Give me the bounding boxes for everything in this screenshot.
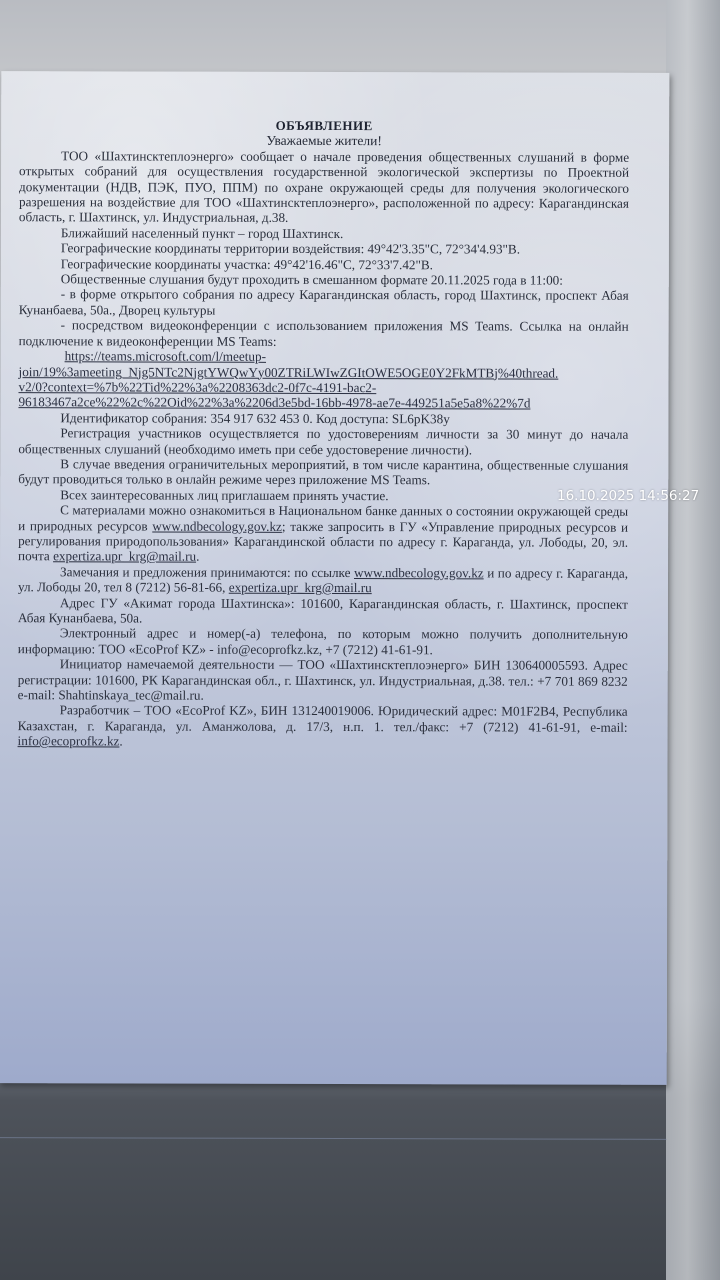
paragraph-online: - посредством видеоконференции с использ… xyxy=(19,317,629,349)
developer-period: . xyxy=(119,734,122,749)
paragraph-contacts: Электронный адрес и номер(-а) телефона, … xyxy=(18,626,628,658)
notice-subtitle: Уважаемые жители! xyxy=(19,133,629,150)
paragraph-invite: Всех заинтересованных лиц приглашаем при… xyxy=(18,487,628,504)
teams-url-line-3[interactable]: v2/0?context=%7b%22Tid%22%3a%2208363dc2-… xyxy=(18,379,628,396)
remarks-text: Замечания и предложения принимаются: по … xyxy=(60,564,354,580)
paragraph-coords-territory: Географические координаты территории воз… xyxy=(19,240,629,257)
notice-title: ОБЪЯВЛЕНИЕ xyxy=(19,117,629,134)
notice-paper: ОБЪЯВЛЕНИЕ Уважаемые жители! ТОО «Шахтин… xyxy=(0,71,669,1085)
background-wall xyxy=(666,0,720,1280)
photo-timestamp: 16.10.2025 14:56:27 xyxy=(557,488,699,504)
teams-link[interactable]: https://teams.microsoft.com/l/meetup- jo… xyxy=(18,348,628,411)
paragraph-nearest-settlement: Ближайший населенный пункт – город Шахти… xyxy=(19,225,629,242)
paragraph-developer: Разработчик – ТОО «EcoProf KZ», БИН 1312… xyxy=(18,703,628,751)
paper-fold-line xyxy=(0,1137,667,1140)
paragraph-intro: ТОО «Шахтинсктеплоэнерго» сообщает о нач… xyxy=(19,148,629,227)
teams-url-line-1[interactable]: https://teams.microsoft.com/l/meetup- xyxy=(19,348,629,365)
paragraph-materials: С материалами можно ознакомиться в Нацио… xyxy=(18,502,628,565)
paragraph-coords-site: Географические координаты участка: 49°42… xyxy=(19,256,629,273)
materials-period: . xyxy=(196,549,199,564)
developer-email-link[interactable]: info@ecoprofkz.kz xyxy=(18,733,120,748)
paragraph-offline: - в форме открытого собрания по адресу К… xyxy=(19,287,629,319)
remarks-email-link[interactable]: expertiza.upr_krg@mail.ru xyxy=(229,580,372,595)
developer-text: Разработчик – ТОО «EcoProf KZ», БИН 1312… xyxy=(18,703,628,735)
teams-url-line-2[interactable]: join/19%3ameeting_Njg5NTc2NjgtYWQwYy00ZT… xyxy=(19,364,629,381)
paragraph-remarks: Замечания и предложения принимаются: по … xyxy=(18,564,628,596)
paragraph-meeting-id: Идентификатор собрания: 354 917 632 453 … xyxy=(18,410,628,427)
paragraph-akimat-address: Адрес ГУ «Акимат города Шахтинска»: 1016… xyxy=(18,595,628,627)
teams-url-line-4[interactable]: 96183467a2ce%22%2c%22Oid%22%3a%2206d3e5b… xyxy=(18,394,628,411)
paragraph-quarantine: В случае введения ограничительных меропр… xyxy=(18,456,628,488)
paragraph-initiator: Инициатор намечаемой деятельности — ТОО … xyxy=(18,656,628,704)
paragraph-registration: Регистрация участников осуществляется по… xyxy=(18,425,628,457)
expertiza-email-link[interactable]: expertiza.upr_krg@mail.ru xyxy=(53,549,196,564)
paragraph-format: Общественные слушания будут проходить в … xyxy=(19,271,629,288)
notice-content: ОБЪЯВЛЕНИЕ Уважаемые жители! ТОО «Шахтин… xyxy=(18,117,630,750)
ndbecology-link[interactable]: www.ndbecology.gov.kz xyxy=(152,518,282,533)
remarks-ndbecology-link[interactable]: www.ndbecology.gov.kz xyxy=(354,565,484,580)
